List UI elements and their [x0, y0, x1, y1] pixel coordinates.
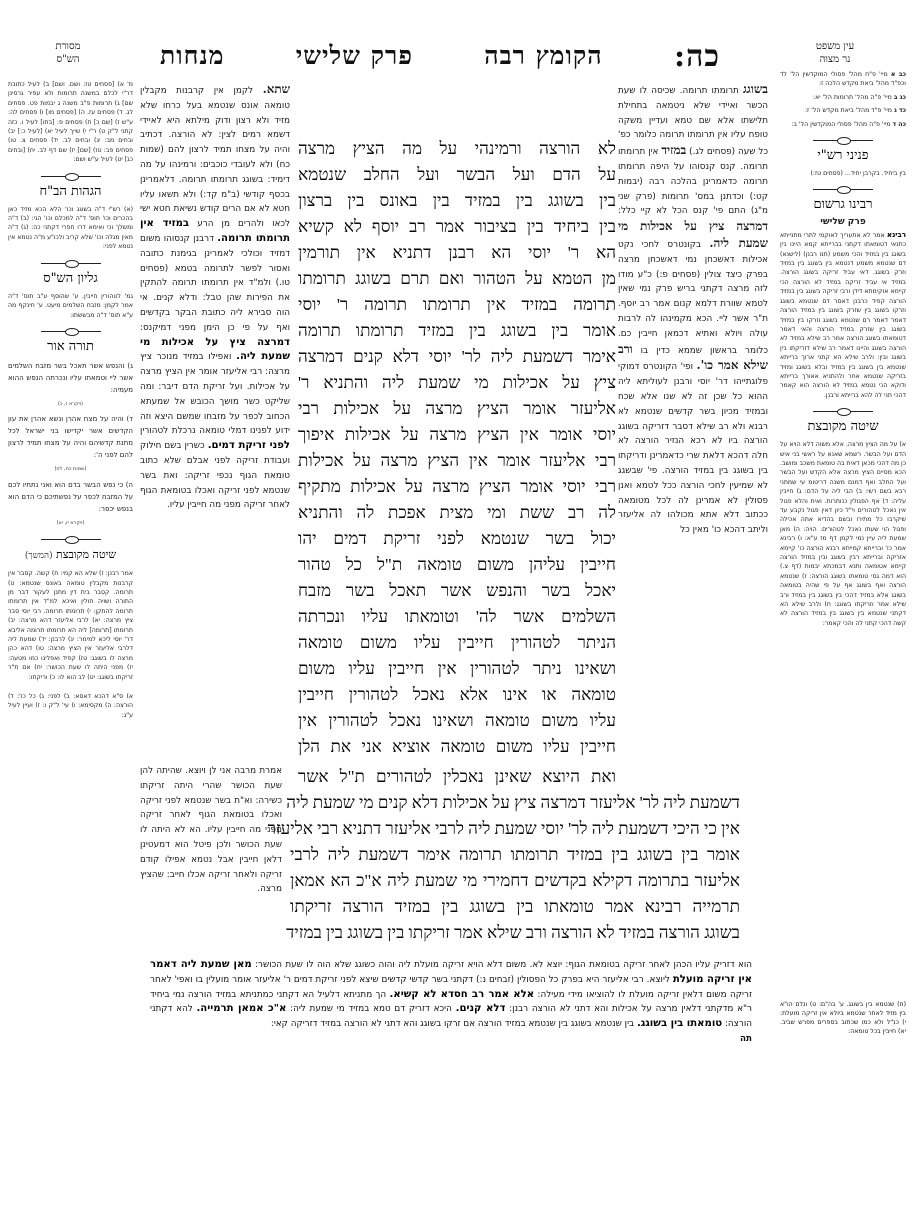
page-header: מסורת הש"ס כה: הקומץ רבה פרק שלישי מנחות… [0, 32, 914, 80]
ein-mishpat-label-line2: נר מצוה [800, 53, 870, 66]
ein-mishpat-text: מיי' פ"ה מהל' פסולי המוקדשין הל' ב: [791, 121, 890, 128]
torah-or-ref-3: (ויקרא יז, יא) [8, 519, 133, 528]
gemara-line: עליו משום טומאה ושאינו נאכל לטהורין אין [298, 708, 616, 734]
rashi-column: בשוגג תרומתו תרומה. שכיסה לו שעת הכשר וא… [618, 82, 768, 764]
torah-or-verse-3: ה) כי נפש הבשר בדם הוא ואני נתתיו לכם על… [8, 479, 133, 515]
pnei-rashi-text: בין ביחיד. בקרבן יחיד... (פסחים טז:) [780, 169, 906, 178]
left-bottom-notes: א) ס"א דהכא דאסא: ב) לפני: ג) כל כו': ד)… [8, 692, 133, 720]
gemara-line: בין ביחיד בין בציבור אמר רב יוסף לא קשיא [298, 214, 616, 240]
ein-mishpat-text: מיי' פ"ה מהל' תרומות הל' יא: [813, 94, 892, 101]
bottom-text-6: בין שנטמא בשוגג בין שנטמא במזיד הורצה אם… [271, 1019, 634, 1029]
ein-mishpat-label-line1: עין משפט [800, 40, 870, 53]
gemara-wide-line: בשוגג הורצה במזיד לא הורצה ורב שילא אמר … [290, 920, 740, 946]
tosafot-text-1: לקמן אין קרבנות מקבלין טומאה אונס שנטמא … [140, 86, 290, 170]
rashi-text-3: פי' קנס הכל לא קיי כלל: [618, 206, 723, 216]
ein-mishpat-mark: כה ד [892, 121, 906, 128]
ein-mishpat-label: עין משפט נר מצוה [800, 40, 870, 66]
gemara-line: בין בשוגג בין במזיד בין באונס בין ברצון [298, 188, 616, 214]
tractate-name: מנחות [160, 41, 224, 71]
daf-number: כה: [674, 39, 720, 74]
ein-mishpat-text: מיי' פ"ח מהל' פסולי המוקדשין הל' לד וכפ"… [780, 71, 906, 87]
tosafot-dibbur-zrika: לפני זריקת דמים. [208, 440, 290, 451]
shita-title-suffix: (המשך) [25, 551, 53, 561]
tosafot-lower-block: אמרת מרבה אני לן ויוצא. שהיתה להן שעת הכ… [140, 764, 282, 964]
gemara-main-text: לא הורצה ורמינהי על מה הציץ מרצה על הדם … [298, 136, 616, 764]
gemara-line: רבי יוסי אומר הציץ מרצה על אכילות מתקיף [298, 474, 616, 500]
tosafot-text-7: כשרין בשם חילוק ועבודת זריקה לפני אבלם ש… [140, 441, 290, 510]
gemara-wide-text: דשמעת ליה לר' אליעזר דמרצה ציץ על אכילות… [290, 790, 740, 946]
rashi-text-4: בקונטרס לחכי נקט אכילות דאשכחן נמי דאשכח… [618, 240, 768, 356]
shita-mekubetzet-text: אמר רבנן: ז) שלא הא קמי: ח) קשה. קסבר אי… [8, 569, 133, 682]
tosafot-column: שתא. לקמן אין קרבנות מקבלין טומאה אונס ש… [140, 82, 290, 764]
ein-mishpat-entry: כה ד מיי' פ"ה מהל' פסולי המוקדשין הל' ב: [780, 120, 906, 129]
rabbeinu-gershom-text: רבינא אמר לא אתעריך לאוקמי לתרי מתנייתא … [780, 230, 906, 400]
left-margin-column: מ' א) [פסחים טז: ושם. ושם] ב) לעיל כתובת… [8, 80, 133, 1080]
right-margin-column: כב א מיי' פ"ח מהל' פסולי המוקדשין הל' לד… [780, 70, 906, 1000]
section-title-shita-mekubetzet: שיטה מקובצת [780, 418, 906, 436]
gemara-line: ואת היוצא שאינן נאכלין לטהורים ת"ל אשר [298, 764, 616, 790]
page-title: כה: הקומץ רבה פרק שלישי מנחות [160, 32, 720, 80]
gershom-body: אמר לא אתעריך לאוקמי לתרי מתנייתא כתנאי … [780, 232, 906, 399]
gershom-chapter-subtitle: פרק שלישי [780, 218, 906, 227]
gemara-line: הניתר לטהורין חייבין עליו משום טומאה [298, 630, 616, 656]
shita-mekubetzet-right-text: א) על מה הציץ מרצה. אלא משוה דלא הויא על… [780, 440, 906, 628]
shita-title-text: שיטה מקובצת [56, 548, 116, 561]
chapter-name: הקומץ רבה [484, 41, 602, 71]
ein-mishpat-entry: כג ב מיי' פ"ה מהל' תרומות הל' יא: [780, 93, 906, 102]
ornament-divider [41, 328, 101, 334]
section-title-gilyon: גליון הש"ס [8, 270, 133, 288]
talmud-page: מסורת הש"ס כה: הקומץ רבה פרק שלישי מנחות… [0, 0, 914, 1213]
ornament-divider [813, 408, 873, 414]
rashi-text-6: ודריקתו בין בשוגג בין במזיד הורצה. פי' ש… [618, 451, 768, 535]
section-title-hagahot: הגהות הב"ח [8, 183, 133, 201]
section-title-shita-mekubetzet: שיטה מקובצת (המשך) [8, 546, 133, 565]
ornament-divider [813, 137, 873, 143]
catchword: תה [150, 1032, 752, 1047]
gemara-line: לא הורצה ורמינהי על מה הציץ מרצה [298, 136, 616, 162]
gemara-line: אימר דשמעת ליה לר' יוסי דלא קנים דמרצה [298, 344, 616, 370]
torah-or-ref-1: (ויקרא ז, כ) [8, 400, 133, 409]
ein-mishpat-entry: כד ג מיי' פ"ד מהל' ביאת מקדש הל' ז: [780, 106, 906, 115]
gemara-wide-line: דשמעת ליה לר' אליעזר דמרצה ציץ על אכילות… [290, 790, 740, 816]
gemara-wide-line: אין כי היכי דשמעת ליה לר' יוסי שמעת ליה … [290, 816, 740, 842]
masoret-hashas-label: מסורת הש"ס [38, 40, 98, 66]
tosafot-dibbur-hamatchil: שתא. [263, 82, 290, 96]
gemara-line: ציץ על אכילות מי שמעת ליה והתניא ר' [298, 370, 616, 396]
gemara-line: מן הטמא על הטהור ואם תרם בשוגג תרומתו [298, 266, 616, 292]
gershom-dibbur: רבינא [887, 230, 906, 239]
gemara-wide-line: אליעזר בתרומה דקילא בקדשים דחמירי מי שמע… [290, 868, 740, 894]
gemara-line: חייבין עליהן משום טומאה ת"ל כל טהור [298, 552, 616, 578]
torah-or-verse-2: ד) והיה על מצח אהרן ונשא אהרן את עון הקד… [8, 413, 133, 461]
gemara-line: הא ר' יוסי הא רבנן דתניא אין תורמין [298, 240, 616, 266]
bottom-text-4: היכא דזריק דם טמא במזיד מי שמעת ליה: [290, 1004, 452, 1014]
gemara-line: יכול בשר שנטמא לפני זריקת דמים יהו [298, 526, 616, 552]
gemara-wide-line: אומר בין בשוגג בין במזיד תרומתו תרומה אי… [290, 842, 740, 868]
gemara-line: ושאינו ניתר לטהורין אין חייבין עליו משום [298, 656, 616, 682]
section-title-pnei-rashi: פניני רש"י [780, 147, 906, 165]
masoret-label-line2: הש"ס [38, 53, 98, 66]
gemara-line: אומר בין בשוגג בין במזיד תרומתו תרומה [298, 318, 616, 344]
ein-mishpat-text: מיי' פ"ד מהל' ביאת מקדש הל' ז: [805, 107, 892, 114]
ornament-divider [41, 536, 101, 542]
chapter-number: פרק שלישי [296, 41, 413, 71]
gemara-line: השלמים אשר לה' וטומאתו עליו ונכרתה [298, 604, 616, 630]
rashi-dibbur-beshogeg: בשוגג [743, 82, 768, 96]
section-title-rabbeinu-gershom: רבינו גרשום [780, 196, 906, 214]
ornament-divider [41, 173, 101, 179]
gemara-line: רבי אליעזר אומר אין הציץ מרצה על אכילות [298, 448, 616, 474]
section-title-torah-or: תורה אור [8, 338, 133, 356]
gemara-line: יוסי אומר אין הציץ מרצה על אכילות איפוך [298, 422, 616, 448]
gemara-line: יאכל בשר והנפש אשר תאכל בשר מזבח [298, 578, 616, 604]
bottom-dibbur-2: אלא אמר רב חסדא לא קשיא. [390, 989, 535, 1000]
ein-mishpat-mark: כב א [891, 71, 906, 78]
ornament-divider [41, 260, 101, 266]
ornament-divider [813, 186, 873, 192]
ein-mishpat-entry: כב א מיי' פ"ח מהל' פסולי המוקדשין הל' לד… [780, 70, 906, 89]
bottom-dibbur-4: א"כ אמאן תרמייה. [196, 1003, 286, 1014]
gemara-narrow-continuation: ואת היוצא שאינן נאכלין לטהורים ת"ל אשר [298, 764, 616, 790]
bottom-rashi-commentary: הוא דזריק עליו הכהן לאחר זריקה בטומאת הג… [150, 958, 752, 1047]
rashi-text-5: ופי' הקונטרס דמוקי פלוגתייהו דר' יוסי ור… [618, 362, 768, 461]
gemara-line: על הדם ועל הבשר ועל החלב שנטמא [298, 162, 616, 188]
bottom-dibbur-5: טומאתו בין בשוגג. [637, 1018, 722, 1029]
masoret-label-line1: מסורת [38, 40, 98, 53]
bottom-dibbur-3: דלא קנים. [456, 1003, 506, 1014]
gemara-wide-line: תרמייה רבינא אמר טומאתו בין בשוגג בין במ… [290, 894, 740, 920]
right-bottom-notes: (ח) שנטמא בין בשוגג. ע' בה"ם: ט) ונלם הו… [780, 1000, 906, 1036]
masoret-hashas-notes: מ' א) [פסחים טז: ושם. ושם] ב) לעיל כתובת… [8, 80, 133, 165]
gemara-line: תרומה במזיד אין תרומתו תרומה ר' יוסי [298, 292, 616, 318]
ein-mishpat-mark: כד ג [894, 107, 906, 114]
gemara-line: אליעזר אומר הציץ מרצה על אכילות רבי [298, 396, 616, 422]
ein-mishpat-mark: כג ב [894, 94, 906, 101]
torah-or-verse-1: ג) והנפש אשר תאכל בשר מזבח השלמים אשר לי… [8, 360, 133, 396]
rashi-dibbur-bemezid: במזיד [661, 143, 686, 157]
gemara-line: טומאה או אינו אלא נאכל לטהורין חייבין [298, 682, 616, 708]
gemara-line: לה רב ששת ומי מצית אפכת לה והתניא [298, 500, 616, 526]
hagahot-text: (א) רש"י ד"ה בשוגג וכו' הלא הכא מזיד כאן… [8, 205, 133, 252]
gemara-line: חייבין עליו משום טומאה אוציא אני את הלן [298, 734, 616, 760]
torah-or-ref-2: (שמות כח, לח) [8, 465, 133, 474]
tosafot-text-4: את הפירות שהן טבל: ודלא קנים. אי הוה סבי… [140, 293, 290, 333]
gilyon-text: גמ' לטהורין חייבין. ע' שהוסף ע"ב תוס' ד"… [8, 292, 133, 320]
bottom-text-1: הוא דזריק עליו הכהן לאחר זריקה בטומאת הג… [255, 960, 752, 970]
